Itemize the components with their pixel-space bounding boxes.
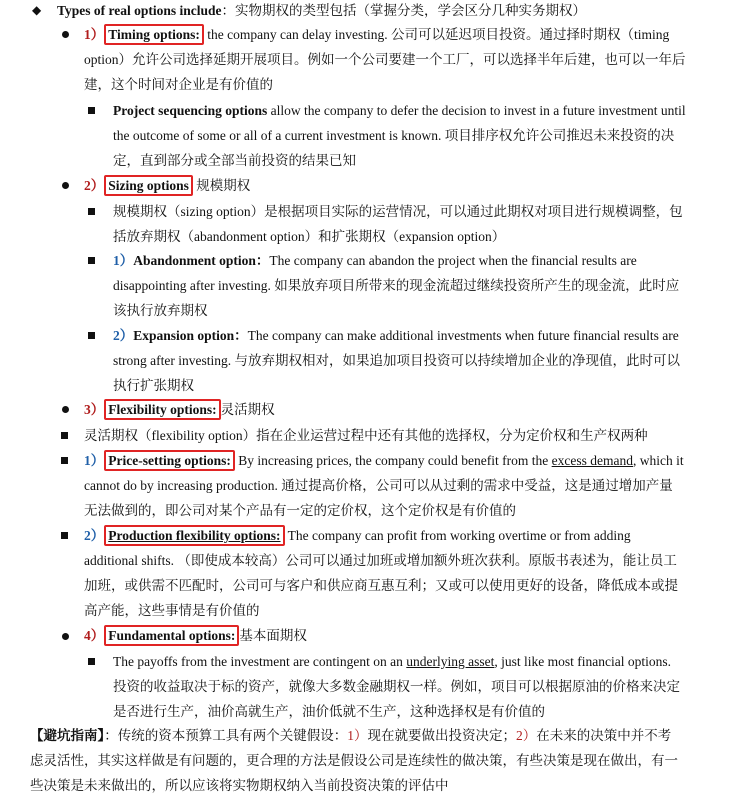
square-bullet-icon	[61, 457, 68, 464]
sizing-desc: 括放弃期权（abandonment option）和扩张期权（expansion…	[113, 228, 505, 246]
dot-bullet-icon	[62, 406, 69, 413]
expansion-line: 执行扩张期权	[113, 377, 194, 395]
flexibility-desc: 灵活期权（flexibility option）指在企业运营过程中还有其他的选择…	[84, 427, 648, 445]
timing-line: 建，这个时间对企业是有价值的	[84, 76, 273, 94]
sequencing-line: the outcome of some or all of a current …	[113, 127, 674, 145]
production-title: Production flexibility options:	[104, 525, 284, 546]
square-bullet-icon	[61, 532, 68, 539]
fundamental-desc: The payoffs from the investment are cont…	[113, 653, 671, 671]
price-setting-option: 1）Price-setting options: By increasing p…	[84, 452, 684, 470]
guide-line: 虑灵活性，其实这样做是有问题的，更合理的方法是假设公司是连续性的做决策，有些决策…	[30, 752, 678, 770]
price-line: 无法做到的，即公司对某个产品有一定的定价权，这个定价权是有价值的	[84, 502, 516, 520]
price-line: cannot do by increasing production. 通过提高…	[84, 477, 673, 495]
timing-option: 1）Timing options: the company can delay …	[84, 26, 669, 44]
flexibility-title: Flexibility options:	[104, 399, 220, 420]
production-line: 高产能，这些事情是有价值的	[84, 602, 260, 620]
abandonment-line: disappointing after investing. 如果放弃项目所带来…	[113, 277, 679, 295]
diamond-bullet-icon: ◆	[32, 3, 41, 18]
fundamental-option: 4）Fundamental options:基本面期权	[84, 627, 307, 645]
sizing-title: Sizing options	[104, 175, 193, 196]
expansion-option: 2）Expansion option：The company can make …	[113, 327, 679, 345]
square-bullet-icon	[88, 658, 95, 665]
timing-line: option）允许公司选择延期开展项目。例如一个公司要建一个工厂，可以选择半年后…	[84, 51, 686, 69]
fundamental-line: 是否进行生产，油价高就生产，油价低就不生产，这种选择权是有价值的	[113, 703, 545, 721]
pitfall-guide: 【避坑指南】：传统的资本预算工具有两个关键假设：1）现在就要做出投资决定；2）在…	[30, 727, 671, 745]
sequencing-option: Project sequencing options allow the com…	[113, 102, 686, 120]
square-bullet-icon	[61, 432, 68, 439]
production-line: additional shifts. （即使成本较高）公司可以通过加班或增加额外…	[84, 552, 677, 570]
timing-title: Timing options:	[104, 24, 204, 45]
price-setting-title: Price-setting options:	[104, 450, 235, 471]
guide-label: 【避坑指南】	[30, 728, 104, 743]
heading: Types of real options include：实物期权的类型包括（…	[57, 2, 586, 20]
dot-bullet-icon	[62, 182, 69, 189]
dot-bullet-icon	[62, 31, 69, 38]
flexibility-option: 3）Flexibility options:灵活期权	[84, 401, 275, 419]
square-bullet-icon	[88, 332, 95, 339]
production-line: 加班，或供需不匹配时，公司可与客户和供应商互惠互利；又或可以使用更好的设备，降低…	[84, 577, 678, 595]
fundamental-title: Fundamental options:	[104, 625, 239, 646]
guide-line: 些决策是未来做出的，所以应该将实物期权纳入当前投资决策的评估中	[30, 777, 449, 795]
square-bullet-icon	[88, 257, 95, 264]
abandonment-line: 该执行放弃期权	[113, 302, 208, 320]
sizing-option: 2）Sizing options 规模期权	[84, 177, 250, 195]
expansion-line: strong after investing. 与放弃期权相对，如果追加项目投资…	[113, 352, 680, 370]
square-bullet-icon	[88, 208, 95, 215]
production-flexibility-option: 2）Production flexibility options: The co…	[84, 527, 631, 545]
fundamental-line: 投资的收益取决于标的资产，就像大多数金融期权一样。例如，项目可以根据原油的价格来…	[113, 678, 680, 696]
dot-bullet-icon	[62, 633, 69, 640]
heading-text: 实物期权的类型包括（掌握分类，学会区分几种实务期权）	[235, 3, 586, 18]
sequencing-line: 定，直到部分或全部当前投资的结果已知	[113, 152, 356, 170]
abandonment-option: 1）Abandonment option：The company can aba…	[113, 252, 637, 270]
square-bullet-icon	[88, 107, 95, 114]
sizing-desc: 规模期权（sizing option）是根据项目实际的运营情况，可以通过此期权对…	[113, 203, 683, 221]
heading-label: Types of real options include	[57, 3, 222, 18]
